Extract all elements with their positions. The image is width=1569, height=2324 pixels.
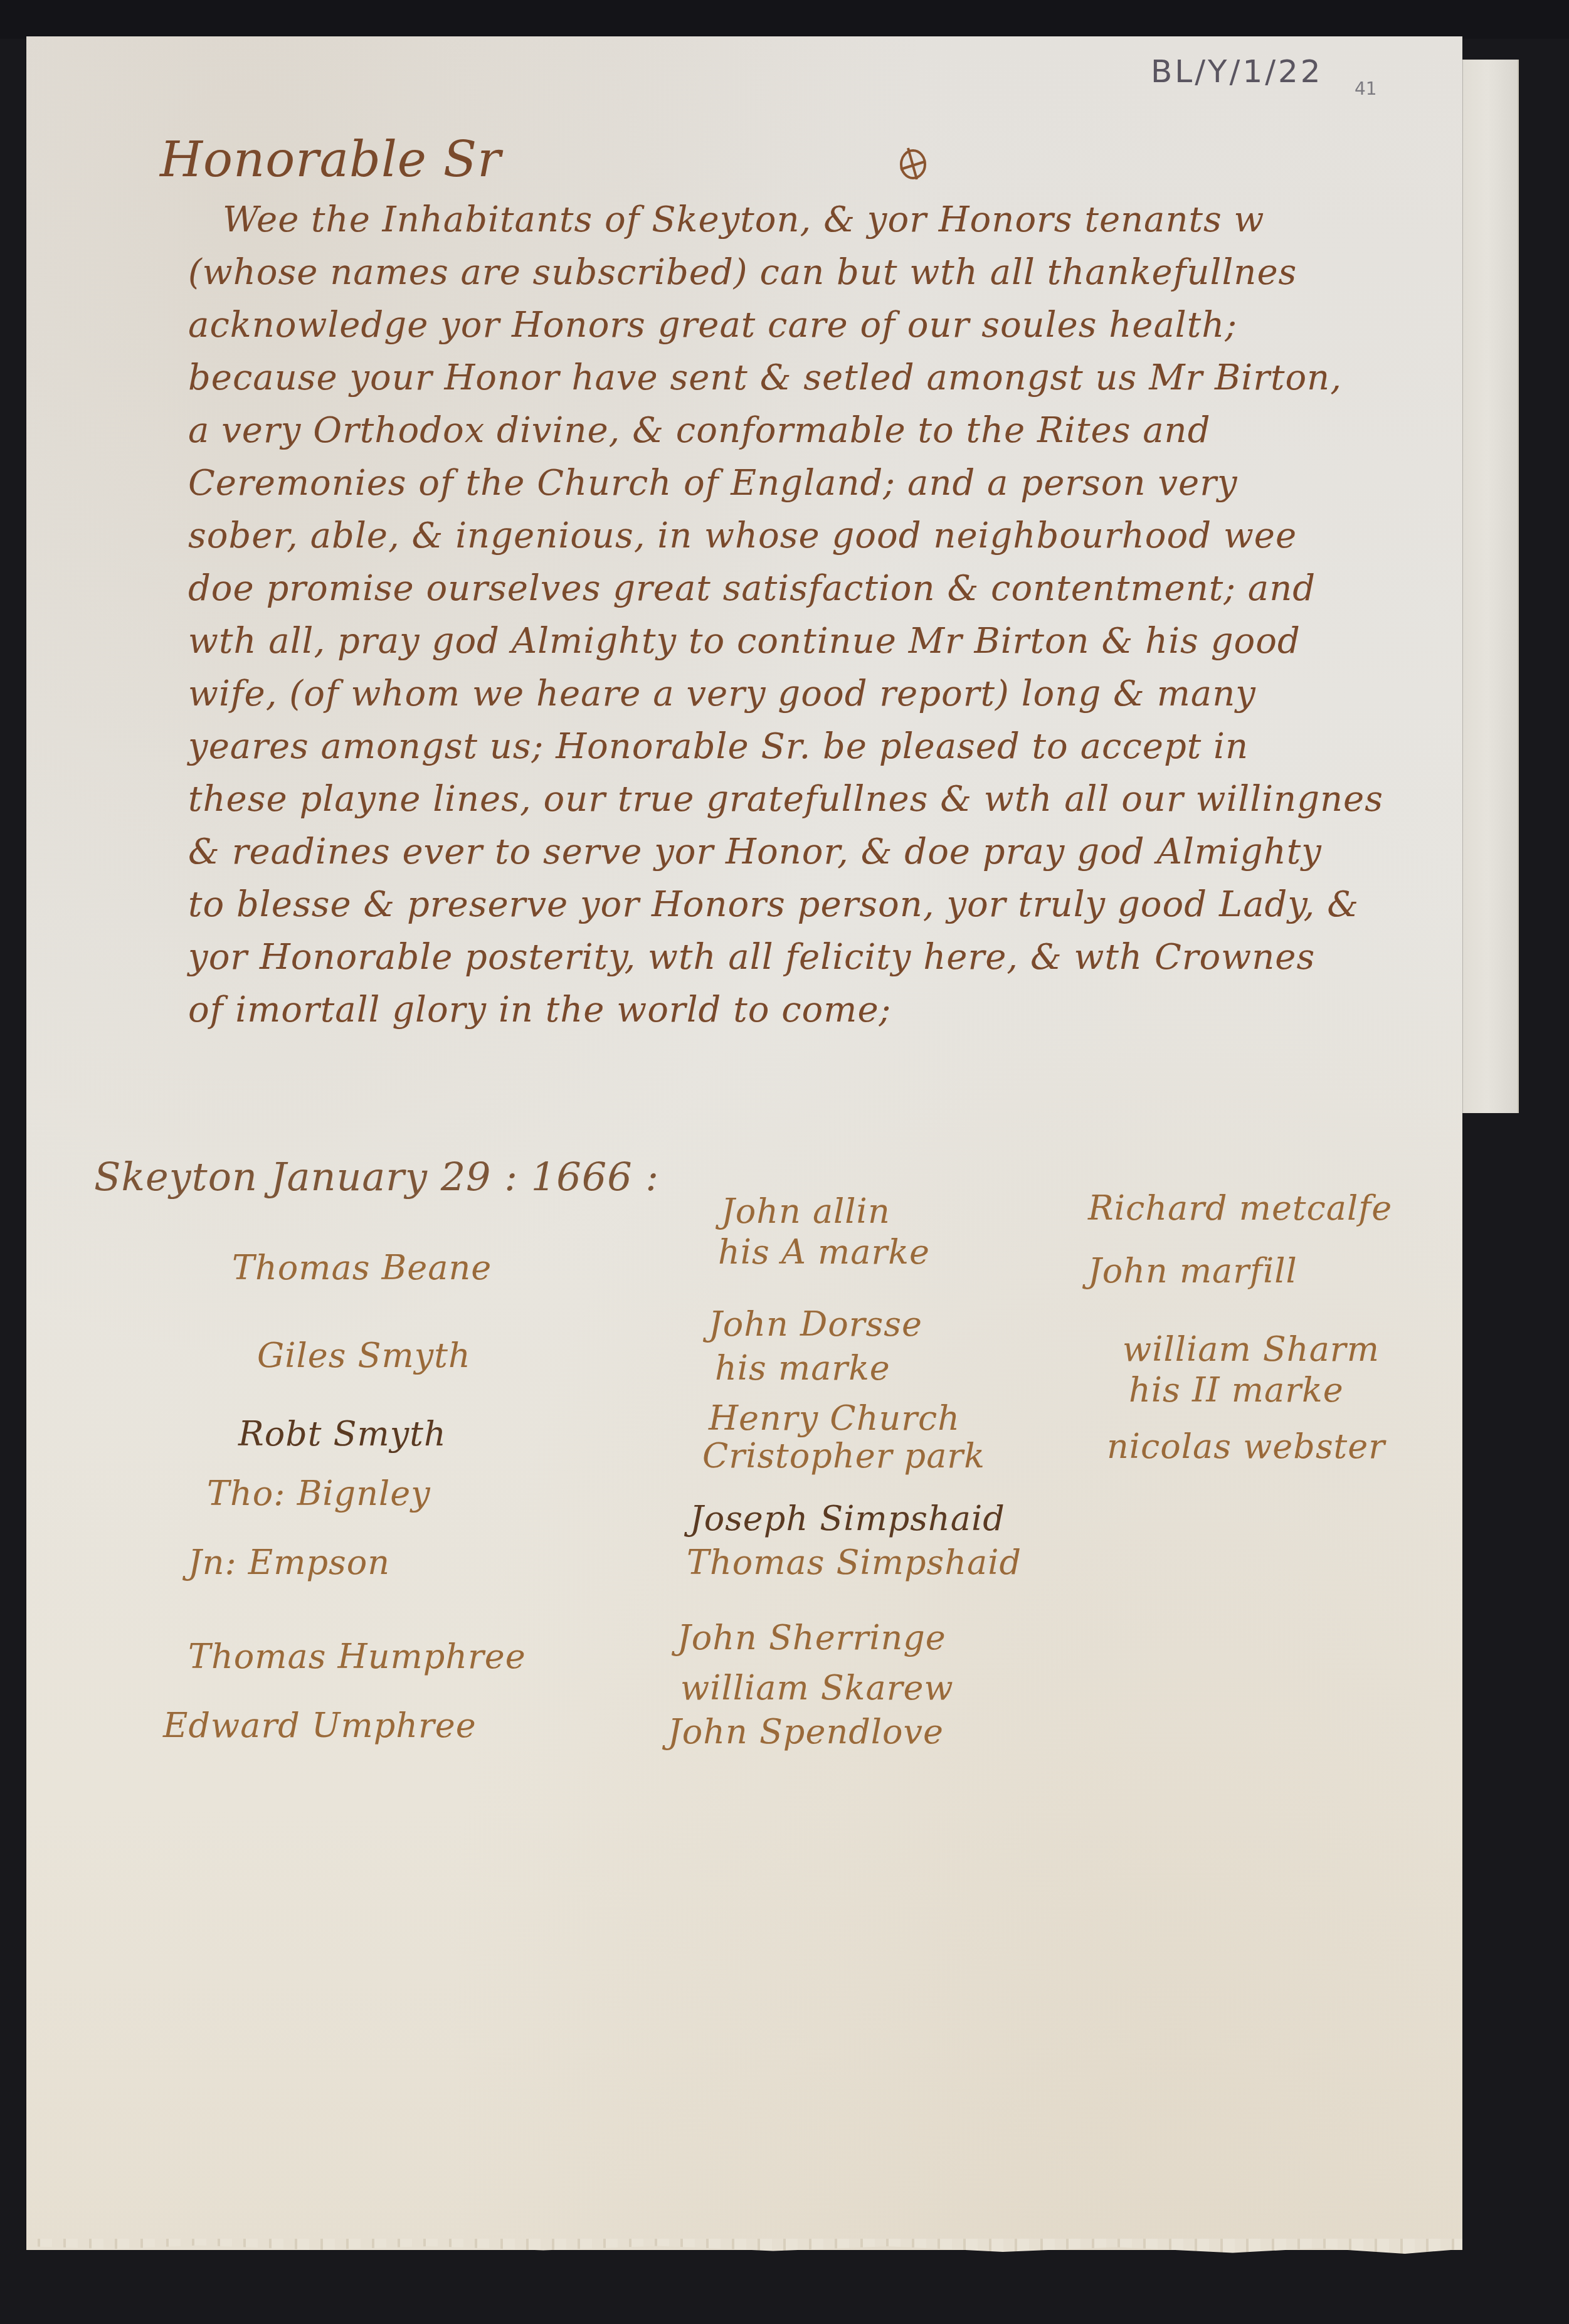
folio-number: 41: [1355, 78, 1377, 99]
signature: Edward Umphree: [163, 1706, 477, 1745]
signature: his A marke: [718, 1232, 930, 1272]
signature: John Sherringe: [677, 1618, 946, 1657]
salutation: Honorable Sr: [160, 132, 502, 188]
signature: Henry Church: [709, 1398, 960, 1438]
signature: Cristopher park: [702, 1436, 985, 1476]
body-line: of imortall glory in the world to come;: [188, 990, 891, 1030]
signature: william Sharm: [1123, 1329, 1380, 1369]
body-line: these playne lines, our true gratefullne…: [188, 779, 1383, 820]
signature: Thomas Beane: [232, 1248, 492, 1287]
signature: nicolas webster: [1107, 1427, 1385, 1466]
signature: Giles Smyth: [257, 1336, 471, 1375]
body-line: yor Honorable posterity, wth all felicit…: [188, 937, 1315, 978]
body-line: Ceremonies of the Church of England; and…: [188, 463, 1238, 504]
signature: John Spendlove: [668, 1712, 944, 1751]
body-line: to blesse & preserve yor Honors person, …: [188, 884, 1359, 925]
body-line: & readines ever to serve yor Honor, & do…: [188, 832, 1322, 872]
signature: Joseph Simpshaid: [690, 1499, 1005, 1538]
date-line: Skeyton January 29 : 1666 :: [94, 1154, 659, 1200]
signature: Jn: Empson: [188, 1543, 390, 1582]
signature: william Skarew: [680, 1668, 954, 1708]
signature: Thomas Humphree: [188, 1637, 526, 1676]
signature: Thomas Simpshaid: [687, 1543, 1022, 1582]
body-line: Wee the Inhabitants of Skeyton, & yor Ho…: [223, 199, 1265, 240]
signature: John Dorsse: [709, 1304, 922, 1344]
signature-mark: his A marke: [718, 1232, 930, 1272]
body-line: a very Orthodox divine, & conformable to…: [188, 410, 1210, 451]
signature: Robt Smyth: [238, 1414, 446, 1454]
signature: Tho: Bignley: [207, 1474, 431, 1513]
circled-cross-icon: [897, 144, 928, 182]
body-line: sober, able, & ingenious, in whose good …: [188, 515, 1297, 556]
body-line: yeares amongst us; Honorable Sr. be plea…: [188, 726, 1249, 767]
archive-reference: BL/Y/1/22: [1151, 53, 1323, 90]
signature: John marfill: [1088, 1251, 1297, 1291]
signature: his II marke: [1129, 1370, 1344, 1410]
body-line: wth all, pray god Almighty to continue M…: [188, 621, 1301, 662]
body-line: wife, (of whom we heare a very good repo…: [188, 673, 1256, 714]
signature: John allin: [721, 1191, 890, 1231]
body-line: (whose names are subscribed) can but wth…: [188, 252, 1297, 293]
body-line: because your Honor have sent & setled am…: [188, 357, 1342, 398]
mount-board-top: [0, 0, 1569, 39]
body-line: acknowledge yor Honors great care of our…: [188, 305, 1237, 346]
signature: his marke: [715, 1348, 890, 1388]
signature: Richard metcalfe: [1088, 1188, 1392, 1228]
body-line: doe promise ourselves great satisfaction…: [188, 568, 1316, 609]
